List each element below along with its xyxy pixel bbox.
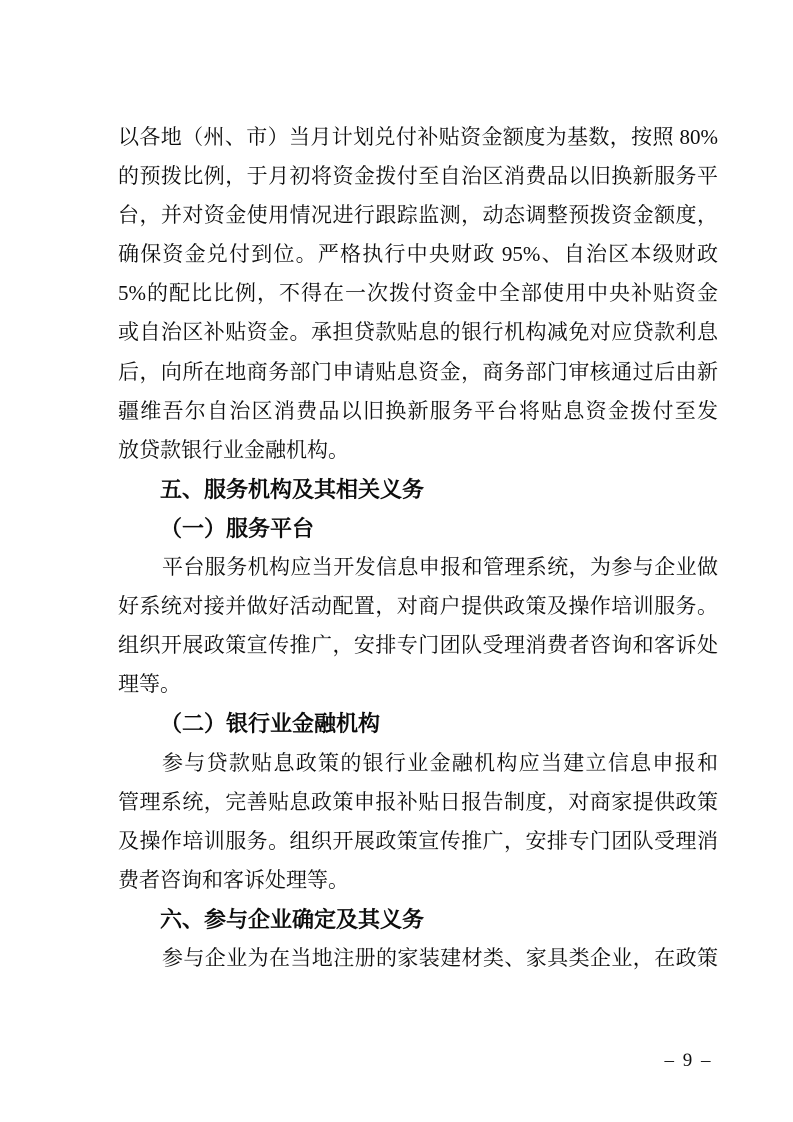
heading-line: （二）银行业金融机构 xyxy=(118,704,718,743)
text-line: 及操作培训服务。组织开展政策宣传推广，安排专门团队受理消 xyxy=(118,822,718,861)
text-line: 管理系统，完善贴息政策申报补贴日报告制度，对商家提供政策 xyxy=(118,783,718,822)
text-line: 5%的配比比例，不得在一次拨付资金中全部使用中央补贴资金 xyxy=(118,274,718,313)
text-line: 的预拨比例，于月初将资金拨付至自治区消费品以旧换新服务平 xyxy=(118,157,718,196)
heading-line: 五、服务机构及其相关义务 xyxy=(118,470,718,509)
text-line: 费者咨询和客诉处理等。 xyxy=(118,861,718,900)
heading-line: （一）服务平台 xyxy=(118,509,718,548)
text-line: 参与企业为在当地注册的家装建材类、家具类企业，在政策 xyxy=(118,939,718,978)
text-line: 以各地（州、市）当月计划兑付补贴资金额度为基数，按照 80% xyxy=(118,118,718,157)
text-line: 组织开展政策宣传推广，安排专门团队受理消费者咨询和客诉处 xyxy=(118,626,718,665)
text-line: 理等。 xyxy=(118,665,718,704)
text-line: 或自治区补贴资金。承担贷款贴息的银行机构减免对应贷款利息 xyxy=(118,313,718,352)
page-number: – 9 – xyxy=(655,1049,720,1073)
text-line: 好系统对接并做好活动配置，对商户提供政策及操作培训服务。 xyxy=(118,587,718,626)
text-line: 后，向所在地商务部门申请贴息资金，商务部门审核通过后由新 xyxy=(118,353,718,392)
text-line: 平台服务机构应当开发信息申报和管理系统，为参与企业做 xyxy=(118,548,718,587)
text-line: 台，并对资金使用情况进行跟踪监测，动态调整预拨资金额度， xyxy=(118,196,718,235)
document-body: 以各地（州、市）当月计划兑付补贴资金额度为基数，按照 80%的预拨比例，于月初将… xyxy=(118,118,718,978)
document-page: 以各地（州、市）当月计划兑付补贴资金额度为基数，按照 80%的预拨比例，于月初将… xyxy=(0,0,793,1122)
text-line: 确保资金兑付到位。严格执行中央财政 95%、自治区本级财政 xyxy=(118,235,718,274)
text-line: 放贷款银行业金融机构。 xyxy=(118,431,718,470)
text-line: 参与贷款贴息政策的银行业金融机构应当建立信息申报和 xyxy=(118,744,718,783)
heading-line: 六、参与企业确定及其义务 xyxy=(118,900,718,939)
text-line: 疆维吾尔自治区消费品以旧换新服务平台将贴息资金拨付至发 xyxy=(118,392,718,431)
